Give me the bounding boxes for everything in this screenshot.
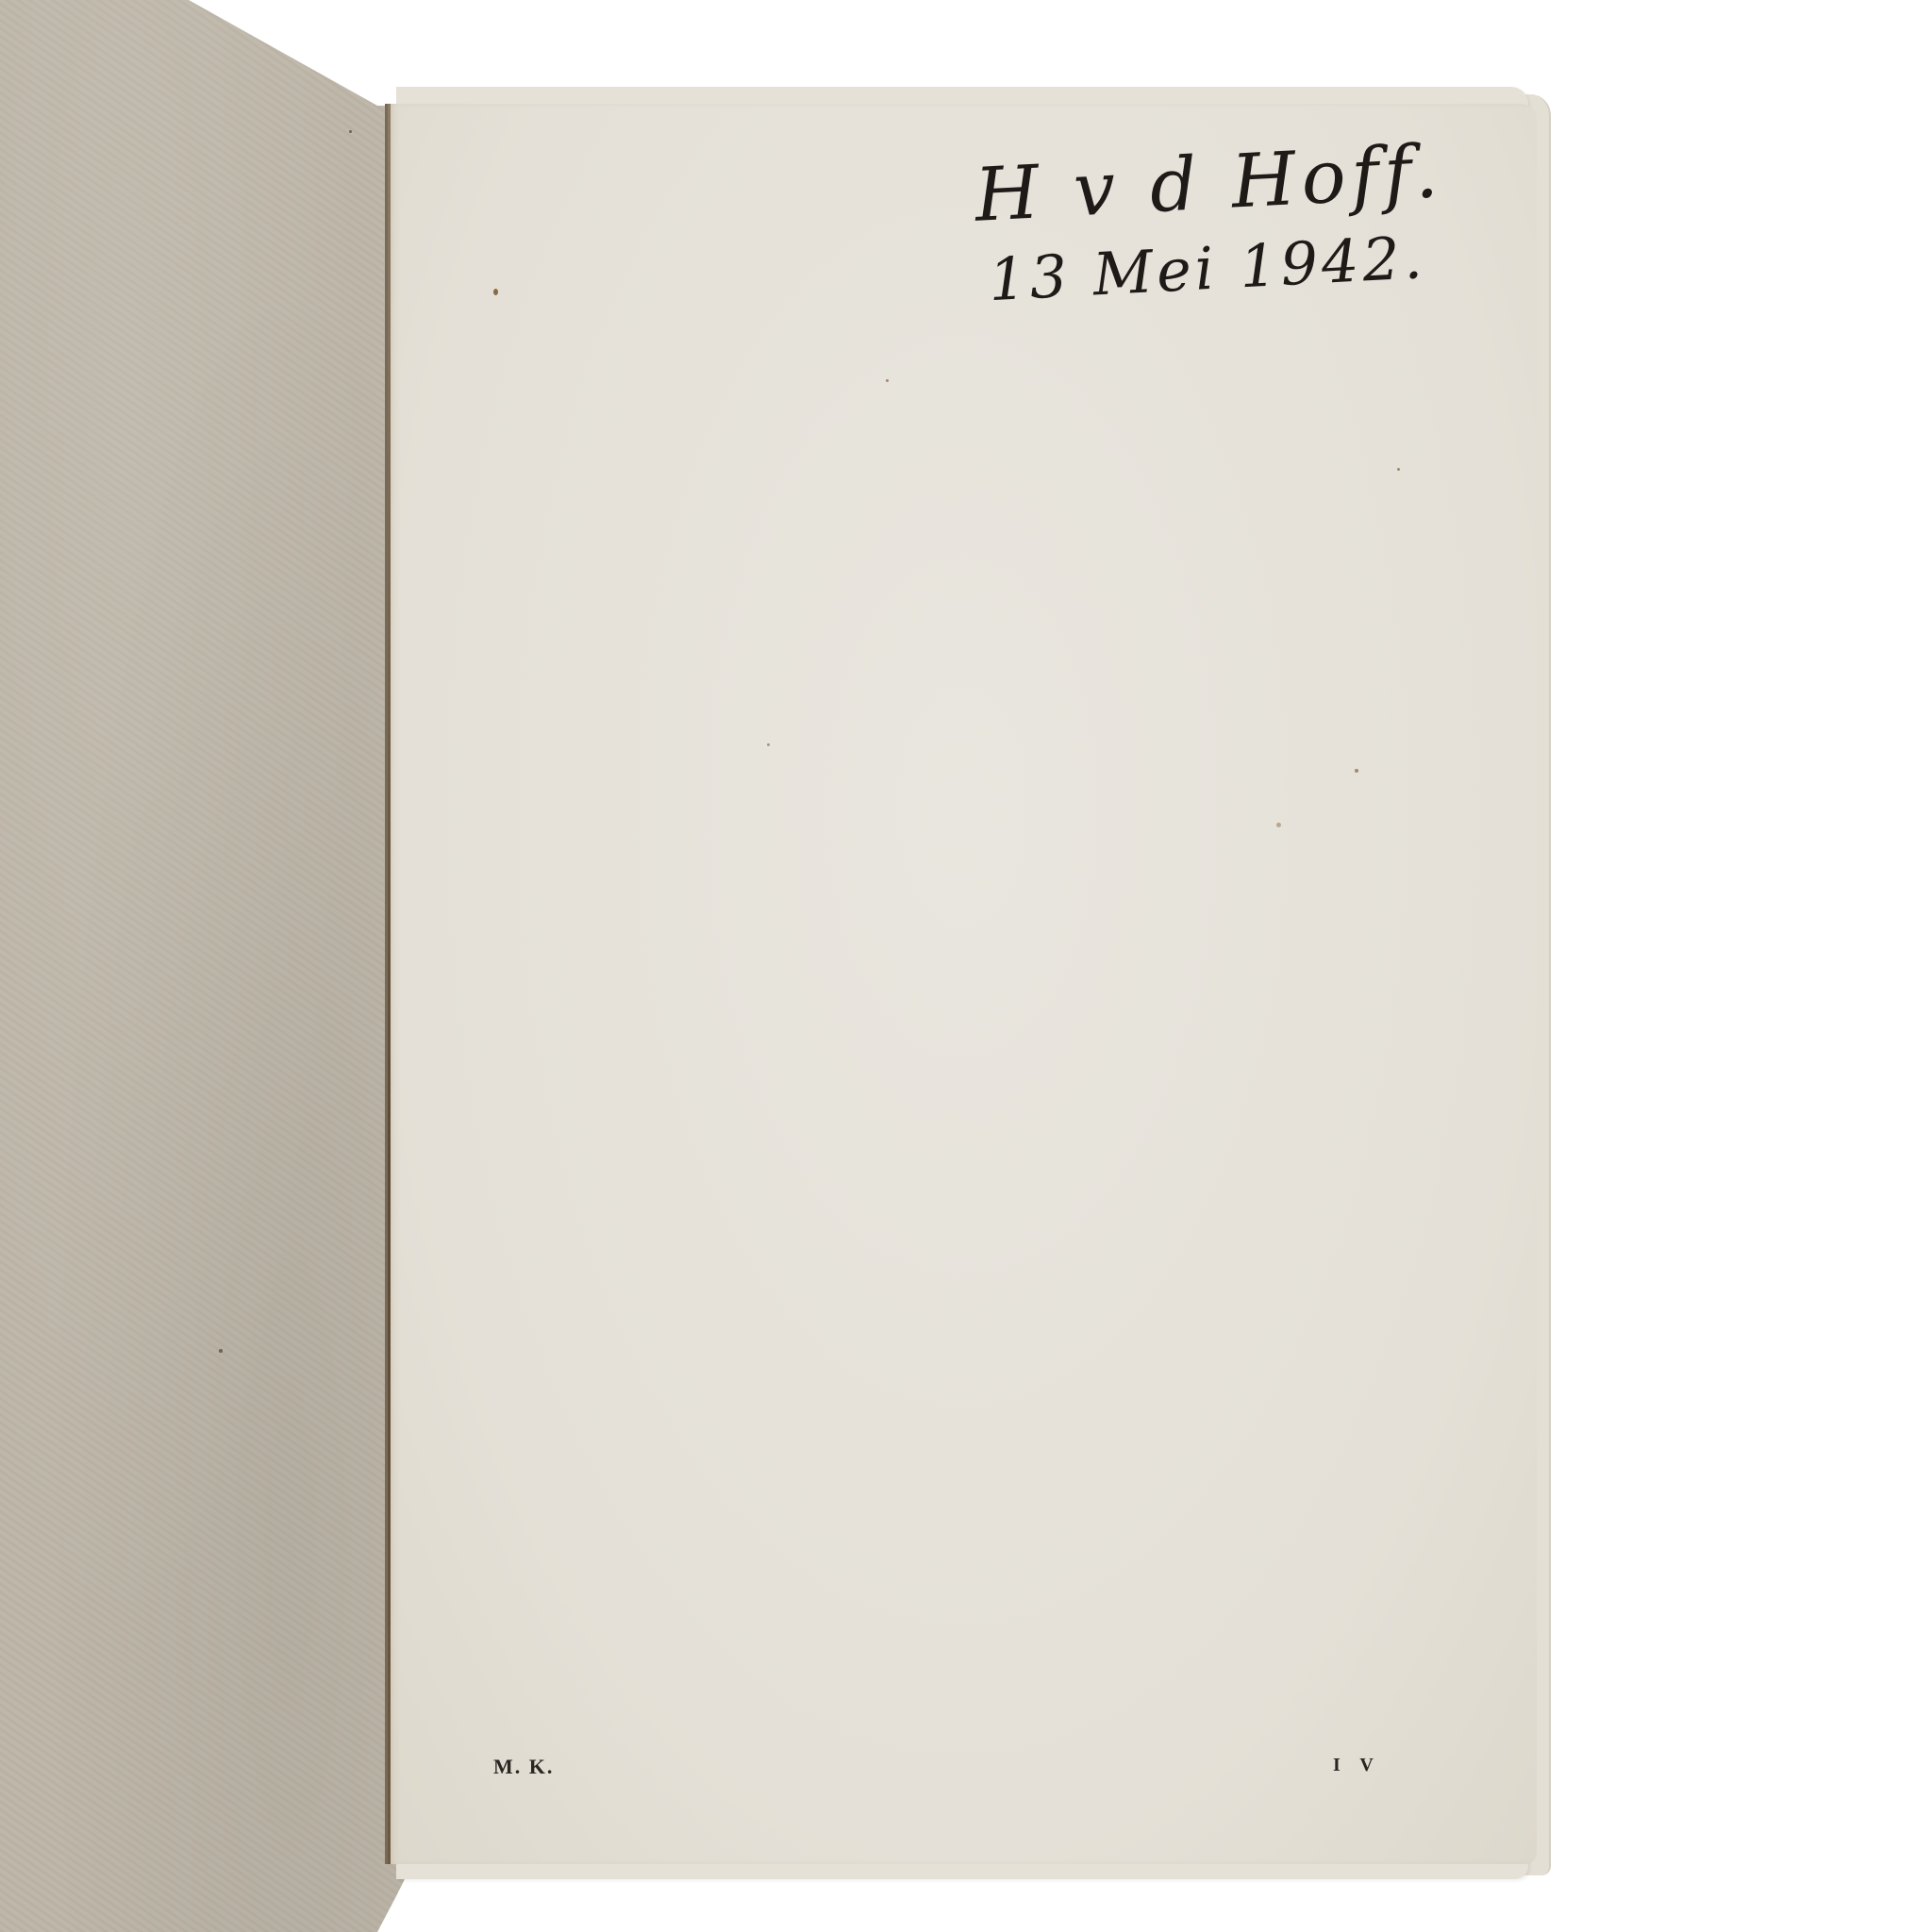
foxing-speck (767, 743, 770, 746)
signature-mark: M. K. (493, 1755, 554, 1779)
open-book-scene: H v d Hoff. 13 Mei 1942. M. K. I V (0, 0, 1932, 1932)
foxing-speck (1276, 823, 1281, 827)
inside-front-cover (0, 0, 415, 1932)
cover-speck (219, 1349, 223, 1353)
cover-speck (349, 130, 352, 133)
foxing-speck (1355, 769, 1358, 773)
foxing-speck (1397, 468, 1400, 471)
foxing-speck (493, 289, 498, 295)
page-numeral: I V (1333, 1755, 1381, 1776)
handwritten-inscription: H v d Hoff. 13 Mei 1942. (973, 124, 1509, 321)
foxing-speck (886, 379, 889, 382)
right-page: H v d Hoff. 13 Mei 1942. M. K. I V (385, 104, 1537, 1864)
gutter (388, 104, 391, 1864)
